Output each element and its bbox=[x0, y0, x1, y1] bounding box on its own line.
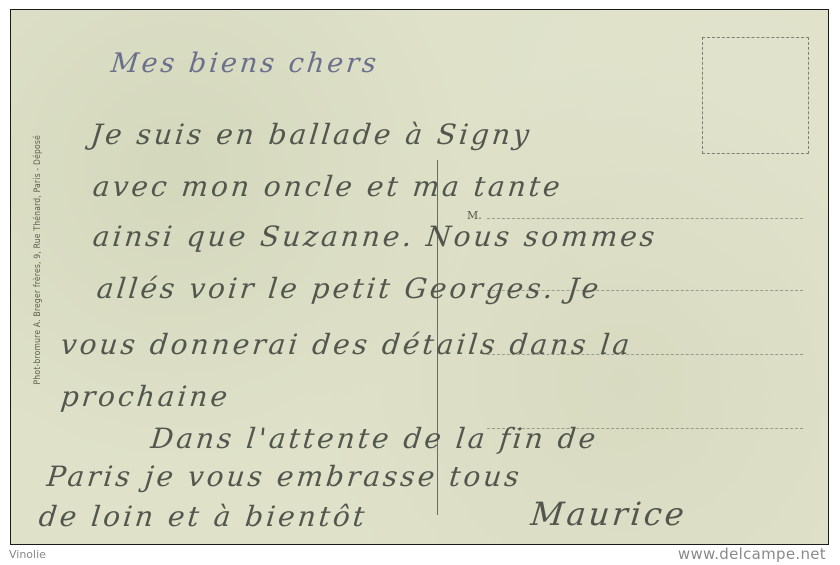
site-watermark: www.delcampe.net bbox=[678, 545, 826, 563]
message-line: Dans l'attente de la fin de bbox=[149, 422, 600, 455]
message-line: allés voir le petit Georges. Je bbox=[95, 272, 603, 305]
message-line: Je suis en ballade à Signy bbox=[89, 118, 533, 151]
postcard-back: Phot-bromure A. Breger frères, 9, Rue Th… bbox=[10, 9, 829, 545]
seller-name: Vinolie bbox=[9, 548, 46, 561]
message-line: Paris je vous embrasse tous bbox=[45, 460, 523, 493]
message-line: prochaine bbox=[59, 380, 232, 413]
message-line: de loin et à bientôt bbox=[37, 500, 369, 533]
publisher-imprint: Phot-bromure A. Breger frères, 9, Rue Th… bbox=[33, 135, 43, 535]
signature: Maurice bbox=[529, 495, 689, 533]
message-line: ainsi que Suzanne. Nous sommes bbox=[91, 220, 659, 253]
message-greeting: Mes biens chers bbox=[109, 48, 380, 79]
message-line: vous donnerai des détails dans la bbox=[59, 328, 634, 361]
message-line: avec mon oncle et ma tante bbox=[91, 170, 564, 203]
stamp-placeholder-box bbox=[702, 37, 809, 154]
